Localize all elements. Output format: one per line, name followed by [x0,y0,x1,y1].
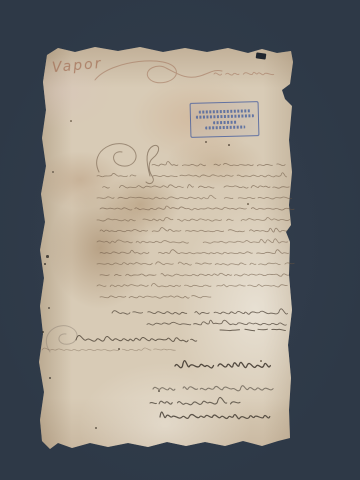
foxing-spot [48,307,50,309]
stamp-text-line [205,126,245,130]
stamp-text-line [198,109,250,113]
foxing-spot [205,141,207,143]
archive-stamp [190,101,260,138]
ink-blot [256,52,267,59]
foxing-spot [52,171,54,173]
foxing-spot [118,348,120,350]
foxing-spot [260,360,262,362]
stamp-text-line [213,120,237,124]
foxing-spot [228,144,230,146]
foxing-spot [49,377,51,379]
stamp-text-line [195,114,253,119]
foxing-spot [247,203,249,205]
foxing-spot [44,263,46,265]
foxing-spot [70,120,72,122]
photo-backdrop: Vapor [0,0,360,480]
foxing-spot [46,255,49,258]
foxing-spot [158,390,160,392]
